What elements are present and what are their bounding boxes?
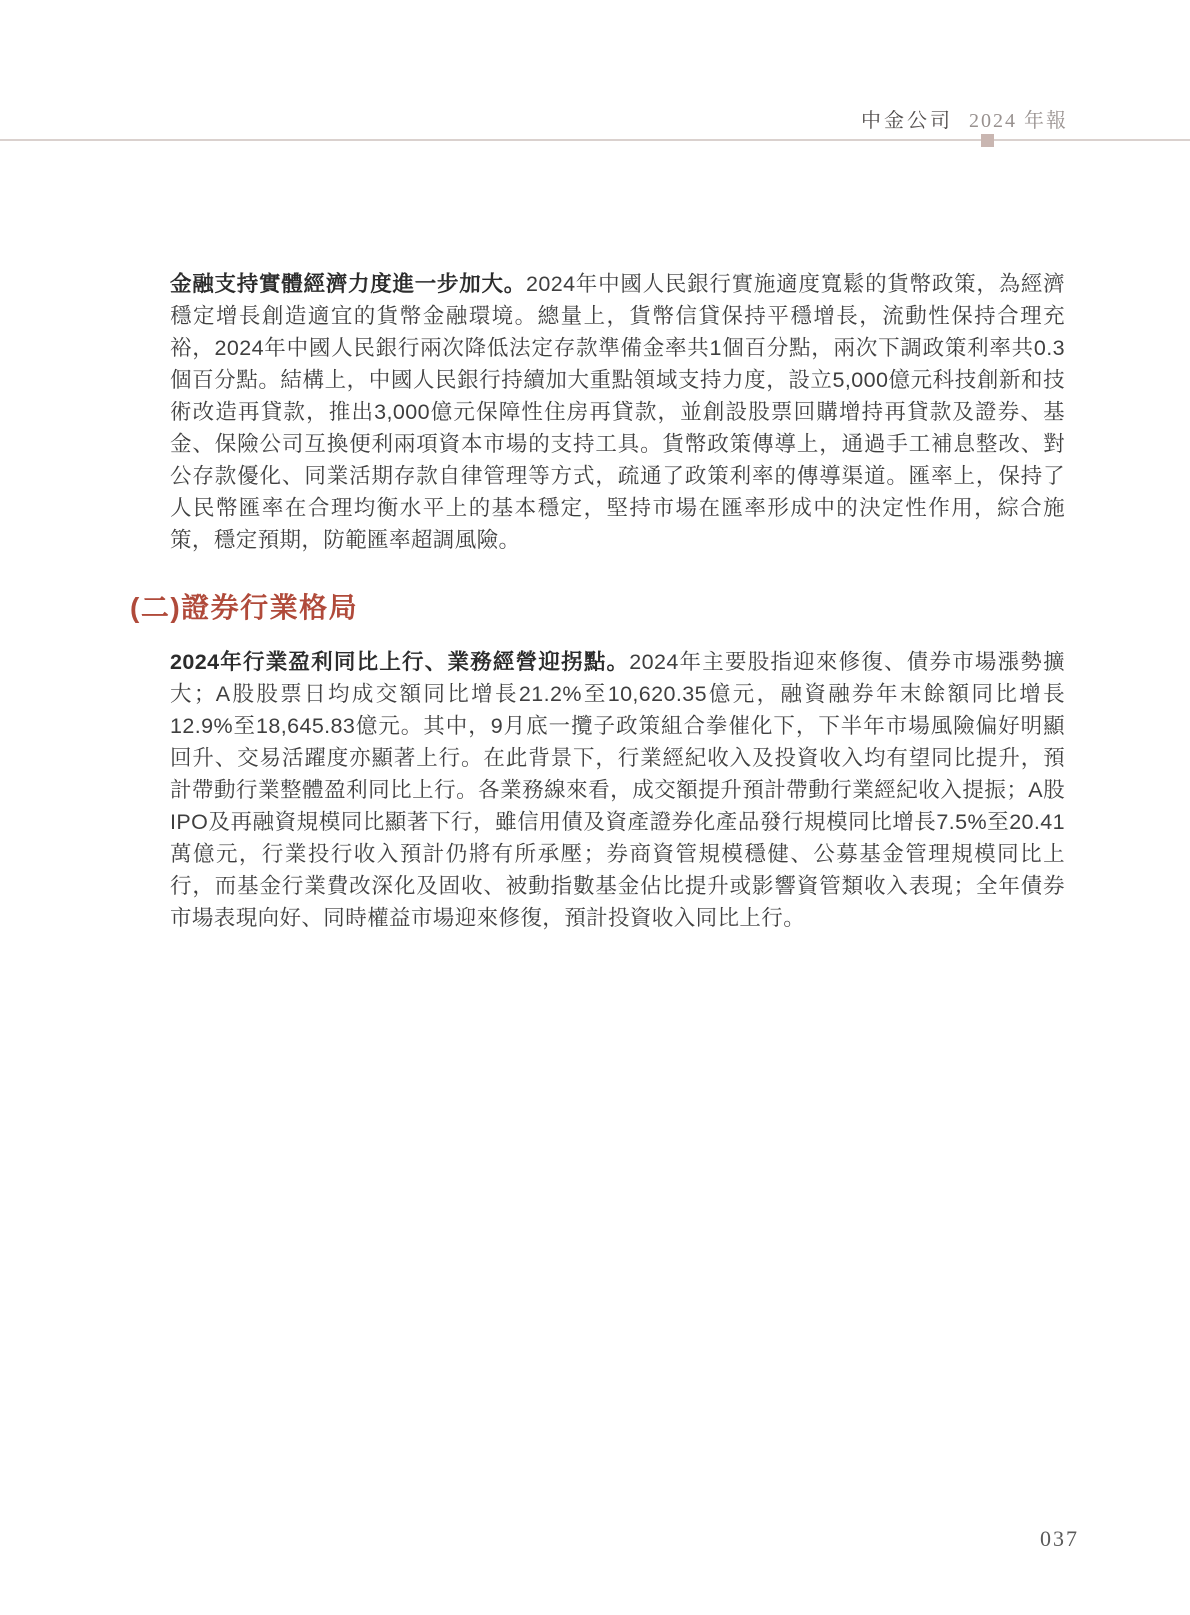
page-running-header: 中金公司2024 年報 xyxy=(861,104,1068,133)
header-company-name: 中金公司 xyxy=(861,110,953,132)
paragraph-monetary-policy: 金融支持實體經濟力度進一步加大。2024年中國人民銀行實施適度寬鬆的貨幣政策，為… xyxy=(170,268,1065,556)
paragraph-securities-industry-lead: 2024年行業盈利同比上行、業務經營迎拐點。 xyxy=(170,650,629,674)
paragraph-securities-industry-body: 2024年主要股指迎來修復、債券市場漲勢擴大；A股股票日均成交額同比增長21.2… xyxy=(170,650,1065,930)
page-content: 金融支持實體經濟力度進一步加大。2024年中國人民銀行實施適度寬鬆的貨幣政策，為… xyxy=(170,268,1065,934)
paragraph-securities-industry: 2024年行業盈利同比上行、業務經營迎拐點。2024年主要股指迎來修復、債券市場… xyxy=(170,646,1065,934)
annual-report-page: 中金公司2024 年報 金融支持實體經濟力度進一步加大。2024年中國人民銀行實… xyxy=(0,0,1190,1615)
paragraph-monetary-policy-lead: 金融支持實體經濟力度進一步加大。 xyxy=(170,272,526,296)
page-number: 037 xyxy=(1040,1526,1079,1552)
paragraph-monetary-policy-body: 2024年中國人民銀行實施適度寬鬆的貨幣政策，為經濟穩定增長創造適宜的貨幣金融環… xyxy=(170,272,1065,552)
header-rule-square-marker xyxy=(981,134,994,147)
header-rule-line xyxy=(0,139,1190,141)
header-report-title: 2024 年報 xyxy=(969,110,1068,132)
section-heading-securities-industry: (二)證券行業格局 xyxy=(130,589,1065,627)
